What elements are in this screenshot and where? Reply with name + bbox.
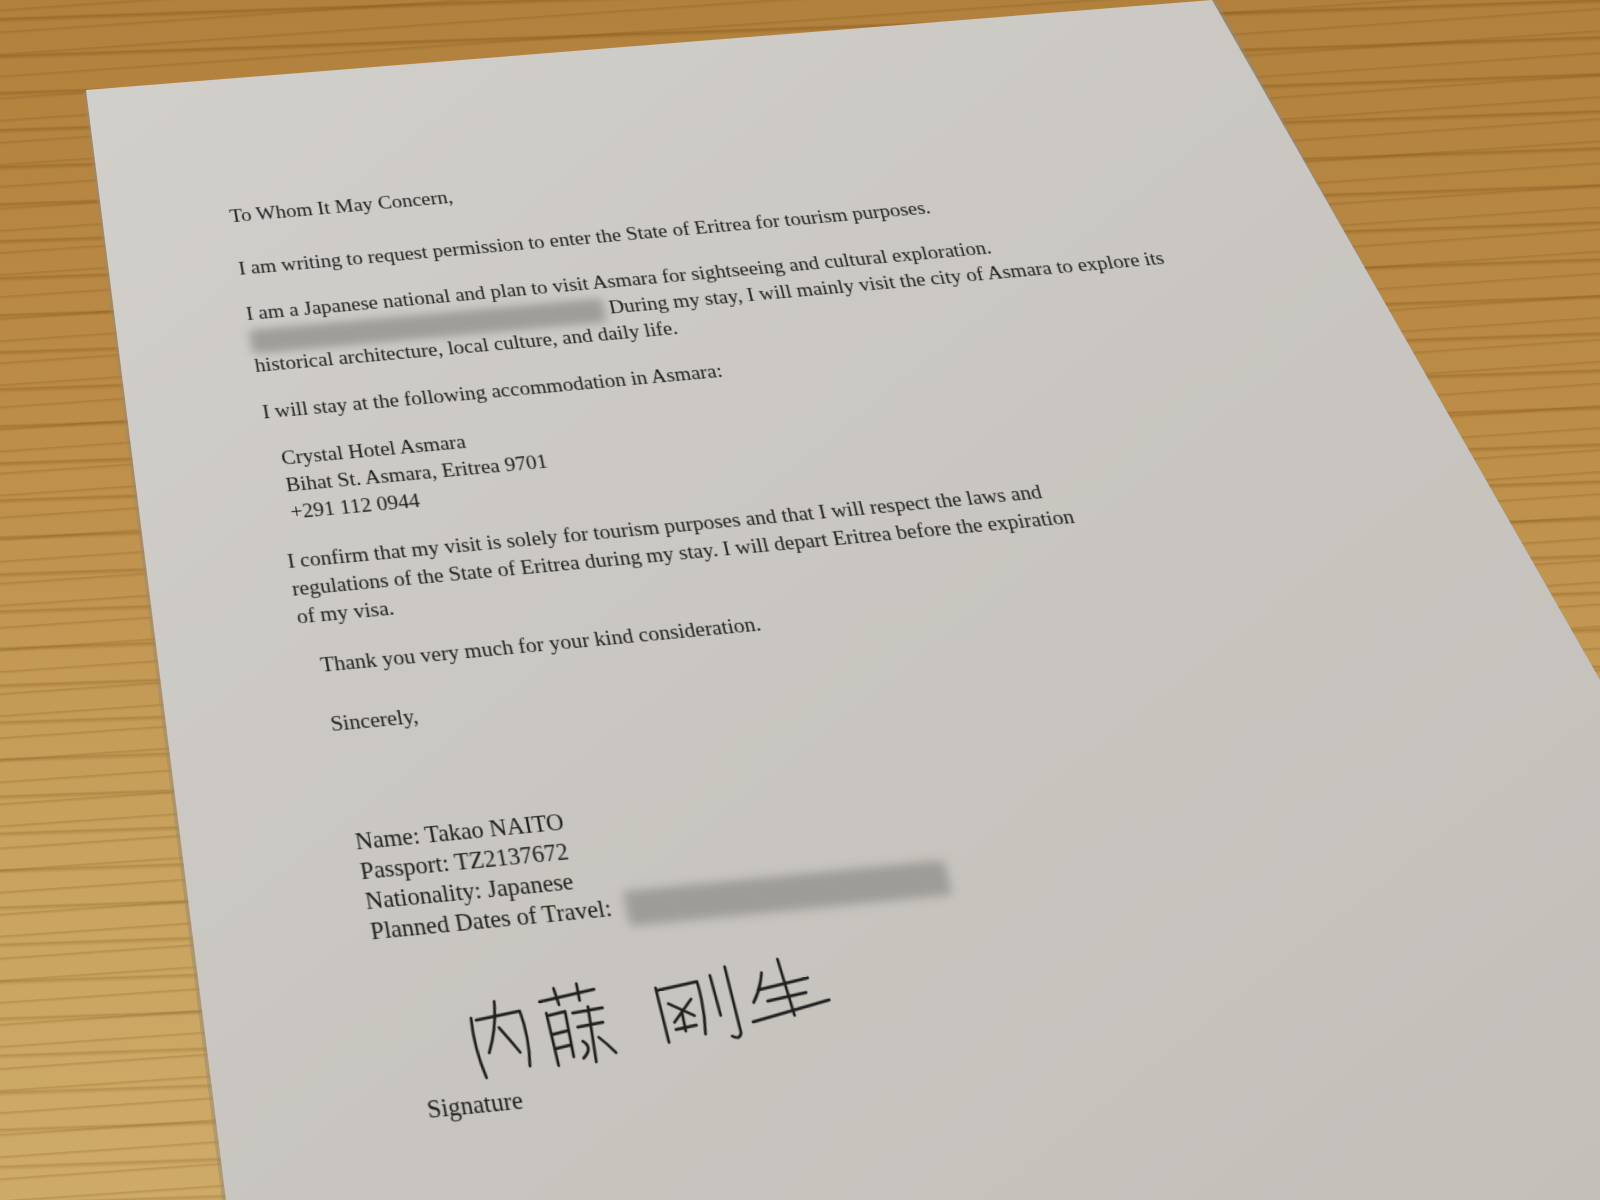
handwritten-signature (453, 945, 872, 1091)
signature-label: Signature (425, 1084, 526, 1125)
